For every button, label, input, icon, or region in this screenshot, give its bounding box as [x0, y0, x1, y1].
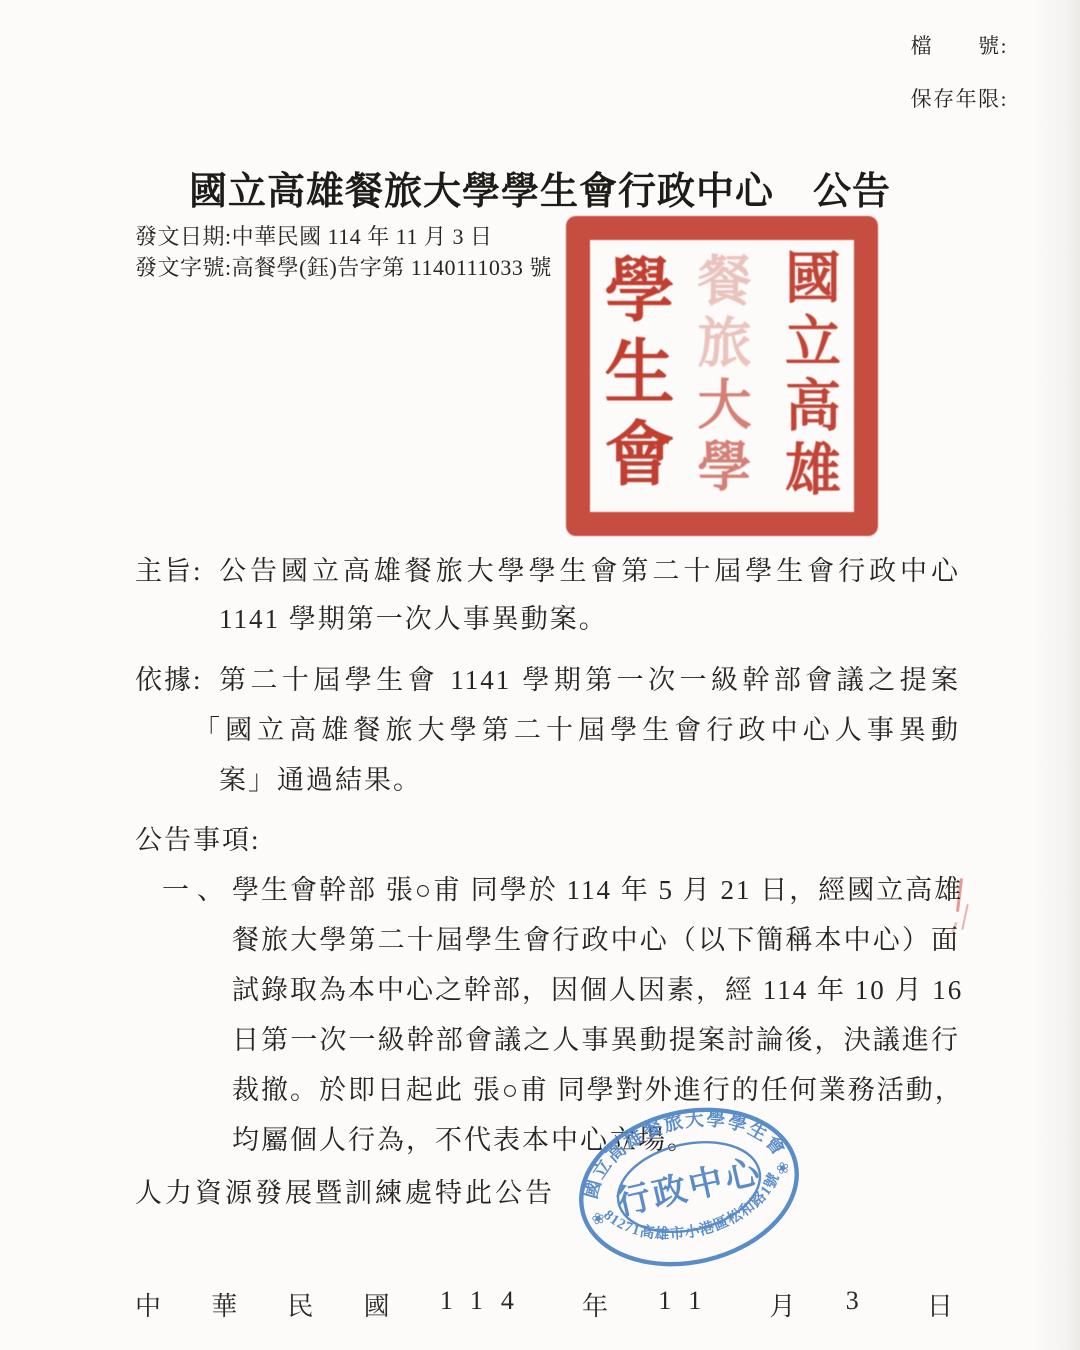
footer-date-char: 中 — [135, 1286, 161, 1323]
seal-faded-chars: 餐旅 — [690, 252, 750, 376]
item-line: 學生會幹部 張○甫 同學於 114 年 5 月 21 日，經國立高雄 — [232, 865, 960, 915]
basis-body: 第二十屆學生會 1141 學期第一次一級幹部會議之提案 「國立高雄餐旅大學第二十… — [219, 655, 960, 805]
basis-line: 第二十屆學生會 1141 學期第一次一級幹部會議之提案 — [219, 655, 960, 705]
subject-body: 公告國立高雄餐旅大學學生會第二十屆學生會行政中心 1141 學期第一次人事異動案… — [219, 547, 960, 643]
footer-date-line: 中 華 民 國 114 年 11 月 3 日 — [135, 1286, 953, 1323]
announcement-items-header: 公告事項: — [135, 817, 960, 863]
subject-section: 主旨: 公告國立高雄餐旅大學學生會第二十屆學生會行政中心 1141 學期第一次人… — [135, 547, 960, 643]
basis-line: 案」通過結果。 — [219, 755, 960, 805]
retention-period-label: 保存年限: — [911, 83, 1008, 113]
issue-meta-block: 發文日期:中華民國 114 年 11 月 3 日 發文字號:高餐學(鈺)告字第 … — [135, 221, 552, 283]
item-line: 日第一次一級幹部會議之人事異動提案討論後，決議進行 — [232, 1015, 960, 1065]
item-number: 一、 — [162, 865, 232, 1165]
document-page: 檔 號: 保存年限: 國立高雄餐旅大學學生會行政中心 公告 發文日期:中華民國 … — [0, 0, 1080, 1350]
seal-column-middle: 餐旅大學 — [676, 248, 764, 504]
announcement-item-1: 一、 學生會幹部 張○甫 同學於 114 年 5 月 21 日，經國立高雄 餐旅… — [135, 865, 960, 1165]
footer-date-char: 日 — [927, 1286, 953, 1323]
issue-date-line: 發文日期:中華民國 114 年 11 月 3 日 — [135, 221, 552, 252]
footer-date-char: 民 — [287, 1286, 313, 1323]
footer-date-month: 11 — [658, 1286, 719, 1323]
file-number-label: 檔 號: — [911, 30, 1008, 60]
footer-date-char: 華 — [211, 1286, 237, 1323]
subject-line: 1141 學期第一次人事異動案。 — [219, 595, 960, 643]
red-seal-text: 國立高雄 餐旅大學 學生會 — [590, 240, 854, 512]
basis-section: 依據: 第二十屆學生會 1141 學期第一次一級幹部會議之提案 「國立高雄餐旅大… — [135, 655, 960, 805]
subject-label: 主旨: — [135, 547, 219, 643]
footer-date-year: 114 — [440, 1286, 532, 1323]
red-square-seal: 國立高雄 餐旅大學 學生會 — [566, 216, 878, 536]
seal-column-right: 國立高雄 — [764, 248, 852, 504]
footer-date-char: 月 — [769, 1286, 795, 1323]
seal-column-left: 學生會 — [588, 248, 676, 504]
document-body: 主旨: 公告國立高雄餐旅大學學生會第二十屆學生會行政中心 1141 學期第一次人… — [135, 547, 960, 1217]
footer-date-char: 年 — [582, 1286, 608, 1323]
flower-icon: ❀ — [775, 1159, 792, 1179]
page-title: 國立高雄餐旅大學學生會行政中心 公告 — [0, 160, 1080, 215]
footer-date-char: 國 — [364, 1286, 390, 1323]
footer-date-day: 3 — [846, 1286, 877, 1323]
closing-statement: 人力資源發展暨訓練處特此公告 — [135, 1169, 960, 1217]
item-line: 裁撤。於即日起此 張○甫 同學對外進行的任何業務活動， — [232, 1065, 960, 1115]
ink-streak — [961, 904, 968, 930]
file-number-block: 檔 號: 保存年限: — [911, 30, 1008, 136]
flower-icon: ❀ — [590, 1210, 607, 1230]
basis-line: 「國立高雄餐旅大學第二十屆學生會行政中心人事異動 — [219, 705, 960, 755]
subject-line: 公告國立高雄餐旅大學學生會第二十屆學生會行政中心 — [219, 547, 960, 595]
item-line: 餐旅大學第二十屆學生會行政中心（以下簡稱本中心）面 — [232, 915, 960, 965]
item-line: 試錄取為本中心之幹部，因個人因素，經 114 年 10 月 16 — [232, 965, 960, 1015]
ref-number-line: 發文字號:高餐學(鈺)告字第 1140111033 號 — [135, 252, 552, 283]
seal-mid-chars: 大學 — [690, 376, 750, 500]
